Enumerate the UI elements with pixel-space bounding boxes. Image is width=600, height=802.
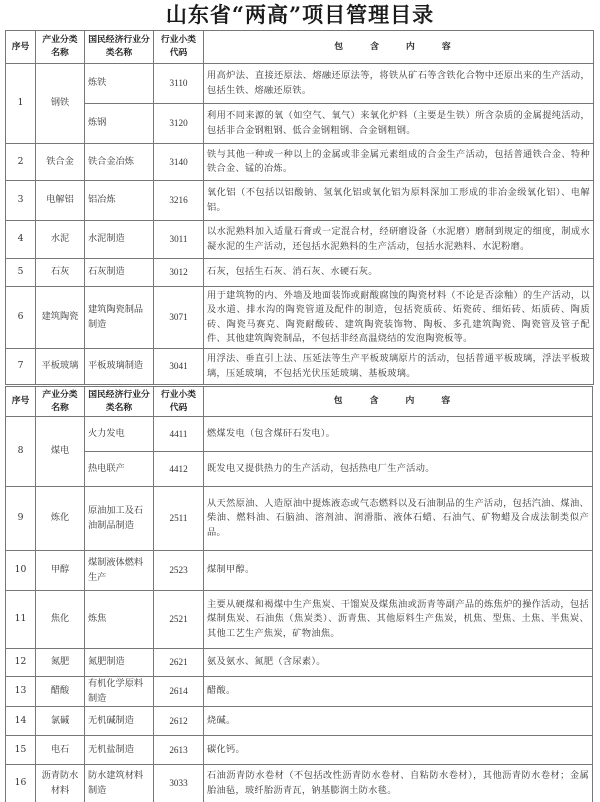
row-code: 4411 — [154, 417, 204, 452]
row-classification: 无机碱制造 — [85, 707, 154, 736]
row-content: 燃煤发电（包含煤矸石发电）。 — [204, 417, 593, 452]
header-national-classification: 国民经济行业分类名称 — [85, 31, 154, 64]
row-code: 2613 — [154, 736, 204, 765]
row-seq: 11 — [6, 591, 36, 649]
row-code: 3140 — [154, 144, 204, 181]
row-classification: 炼焦 — [85, 591, 154, 649]
header-national-classification: 国民经济行业分类名称 — [85, 387, 154, 417]
row-category: 水泥 — [36, 221, 85, 259]
table-row: 8 煤电 火力发电 4411 燃煤发电（包含煤矸石发电）。 — [6, 417, 593, 452]
row-category: 焦化 — [36, 591, 85, 649]
row-seq: 15 — [6, 736, 36, 765]
row-classification: 石灰制造 — [85, 259, 154, 287]
row-code: 2523 — [154, 551, 204, 591]
row-content: 铁与其他一种或一种以上的金属或非金属元素组成的合金生产活动，包括普通铁合金、特种… — [204, 144, 594, 181]
row-content: 用高炉法、直接还原法、熔融还原法等，将铁从矿石等含铁化合物中还原出来的生产活动，… — [204, 64, 594, 104]
row-classification: 防水建筑材料制造 — [85, 765, 154, 802]
row-classification: 氮肥制造 — [85, 649, 154, 677]
row-category: 氮肥 — [36, 649, 85, 677]
table-row: 1 钢铁 炼铁 3110 用高炉法、直接还原法、熔融还原法等，将铁从矿石等含铁化… — [6, 64, 594, 104]
row-seq: 2 — [6, 144, 36, 181]
table-row: 15 电石 无机盐制造 2613 碳化钙。 — [6, 736, 593, 765]
header-industry-code: 行业小类代码 — [154, 31, 204, 64]
row-seq: 9 — [6, 487, 36, 551]
row-classification: 平板玻璃制造 — [85, 349, 154, 385]
row-content: 利用不同来源的氧（如空气、氧气）来氧化炉料（主要是生铁）所含杂质的金属提纯活动，… — [204, 104, 594, 144]
row-content: 石灰，包括生石灰、消石灰、水硬石灰。 — [204, 259, 594, 287]
row-code: 4412 — [154, 452, 204, 487]
row-classification: 铁合金冶炼 — [85, 144, 154, 181]
row-classification: 建筑陶瓷制品制造 — [85, 287, 154, 349]
table-row: 3 电解铝 铝冶炼 3216 氧化铝（不包括以铝酸钠、氢氧化铝或氧化铝为原料深加… — [6, 181, 594, 221]
row-classification: 炼铁 — [85, 64, 154, 104]
row-seq: 10 — [6, 551, 36, 591]
header-industry-category: 产业分类名称 — [36, 31, 85, 64]
row-content: 碳化钙。 — [204, 736, 593, 765]
table-row: 7 平板玻璃 平板玻璃制造 3041 用浮法、垂直引上法、压延法等生产平板玻璃原… — [6, 349, 594, 385]
document-title: 山东省“两高”项目管理目录 — [0, 2, 600, 28]
row-code: 3071 — [154, 287, 204, 349]
row-seq: 6 — [6, 287, 36, 349]
row-content: 氨及氨水、氮肥（含尿素）。 — [204, 649, 593, 677]
header-seq: 序号 — [6, 31, 36, 64]
row-content: 以水泥熟料加入适量石膏或一定混合材，经研磨设备（水泥磨）磨制到规定的细度，制成水… — [204, 221, 594, 259]
header-industry-code: 行业小类代码 — [154, 387, 204, 417]
table-row: 14 氯碱 无机碱制造 2612 烧碱。 — [6, 707, 593, 736]
row-category: 醋酸 — [36, 677, 85, 707]
row-category: 铁合金 — [36, 144, 85, 181]
row-classification: 炼钢 — [85, 104, 154, 144]
row-code: 3120 — [154, 104, 204, 144]
row-classification: 原油加工及石油制品制造 — [85, 487, 154, 551]
table-row: 2 铁合金 铁合金冶炼 3140 铁与其他一种或一种以上的金属或非金属元素组成的… — [6, 144, 594, 181]
table-row: 6 建筑陶瓷 建筑陶瓷制品制造 3071 用于建筑物的内、外墙及地面装饰或耐酸腐… — [6, 287, 594, 349]
row-content: 用浮法、垂直引上法、压延法等生产平板玻璃原片的活动，包括普通平板玻璃，浮法平板玻… — [204, 349, 594, 385]
row-code: 2621 — [154, 649, 204, 677]
header-seq: 序号 — [6, 387, 36, 417]
header-industry-category: 产业分类名称 — [36, 387, 85, 417]
row-classification: 铝冶炼 — [85, 181, 154, 221]
row-seq: 7 — [6, 349, 36, 385]
row-code: 3011 — [154, 221, 204, 259]
row-content: 用于建筑物的内、外墙及地面装饰或耐酸腐蚀的陶瓷材料（不论是否涂釉）的生产活动，以… — [204, 287, 594, 349]
row-category: 钢铁 — [36, 64, 85, 144]
directory-table-part-2: 序号 产业分类名称 国民经济行业分类名称 行业小类代码 包 含 内 容 8 煤电… — [5, 386, 593, 802]
table-header-row: 序号 产业分类名称 国民经济行业分类名称 行业小类代码 包 含 内 容 — [6, 387, 593, 417]
table-row: 4 水泥 水泥制造 3011 以水泥熟料加入适量石膏或一定混合材，经研磨设备（水… — [6, 221, 594, 259]
row-seq: 16 — [6, 765, 36, 802]
table-row: 5 石灰 石灰制造 3012 石灰，包括生石灰、消石灰、水硬石灰。 — [6, 259, 594, 287]
header-content: 包 含 内 容 — [204, 387, 593, 417]
row-seq: 4 — [6, 221, 36, 259]
row-category: 煤电 — [36, 417, 85, 487]
row-category: 建筑陶瓷 — [36, 287, 85, 349]
row-classification: 有机化学原料制造 — [85, 677, 154, 707]
row-code: 2521 — [154, 591, 204, 649]
row-classification: 煤制液体燃料生产 — [85, 551, 154, 591]
row-category: 电石 — [36, 736, 85, 765]
row-content: 从天然原油、人造原油中提炼液态或气态燃料以及石油制品的生产活动，包括汽油、煤油、… — [204, 487, 593, 551]
row-content: 氧化铝（不包括以铝酸钠、氢氧化铝或氧化铝为原料深加工形成的非冶金级氧化铝）、电解… — [204, 181, 594, 221]
row-classification: 水泥制造 — [85, 221, 154, 259]
row-code: 3033 — [154, 765, 204, 802]
table-row: 炼钢 3120 利用不同来源的氧（如空气、氧气）来氧化炉料（主要是生铁）所含杂质… — [6, 104, 594, 144]
row-category: 沥青防水材料 — [36, 765, 85, 802]
row-seq: 13 — [6, 677, 36, 707]
table-row: 13 醋酸 有机化学原料制造 2614 醋酸。 — [6, 677, 593, 707]
row-code: 2511 — [154, 487, 204, 551]
row-seq: 12 — [6, 649, 36, 677]
row-code: 2614 — [154, 677, 204, 707]
row-seq: 14 — [6, 707, 36, 736]
row-category: 甲醇 — [36, 551, 85, 591]
row-category: 平板玻璃 — [36, 349, 85, 385]
table-row: 10 甲醇 煤制液体燃料生产 2523 煤制甲醇。 — [6, 551, 593, 591]
row-content: 石油沥青防水卷材（不包括改性沥青防水卷材、自粘防水卷材），其他沥青防水卷材；金属… — [204, 765, 593, 802]
directory-table-part-1: 序号 产业分类名称 国民经济行业分类名称 行业小类代码 包 含 内 容 1 钢铁… — [5, 30, 594, 385]
row-seq: 8 — [6, 417, 36, 487]
row-seq: 1 — [6, 64, 36, 144]
table-row: 16 沥青防水材料 防水建筑材料制造 3033 石油沥青防水卷材（不包括改性沥青… — [6, 765, 593, 802]
row-category: 电解铝 — [36, 181, 85, 221]
row-category: 炼化 — [36, 487, 85, 551]
row-content: 烧碱。 — [204, 707, 593, 736]
row-content: 既发电又提供热力的生产活动，包括热电厂生产活动。 — [204, 452, 593, 487]
row-classification: 热电联产 — [85, 452, 154, 487]
row-code: 3110 — [154, 64, 204, 104]
row-content: 煤制甲醇。 — [204, 551, 593, 591]
row-category: 石灰 — [36, 259, 85, 287]
header-content: 包 含 内 容 — [204, 31, 594, 64]
row-classification: 无机盐制造 — [85, 736, 154, 765]
row-code: 3012 — [154, 259, 204, 287]
table-row: 9 炼化 原油加工及石油制品制造 2511 从天然原油、人造原油中提炼液态或气态… — [6, 487, 593, 551]
table-header-row: 序号 产业分类名称 国民经济行业分类名称 行业小类代码 包 含 内 容 — [6, 31, 594, 64]
row-code: 3216 — [154, 181, 204, 221]
table-row: 热电联产 4412 既发电又提供热力的生产活动，包括热电厂生产活动。 — [6, 452, 593, 487]
row-category: 氯碱 — [36, 707, 85, 736]
row-content: 醋酸。 — [204, 677, 593, 707]
table-row: 11 焦化 炼焦 2521 主要从硬煤和褐煤中生产焦炭、干馏炭及煤焦油或沥青等副… — [6, 591, 593, 649]
row-seq: 5 — [6, 259, 36, 287]
row-code: 2612 — [154, 707, 204, 736]
row-code: 3041 — [154, 349, 204, 385]
table-row: 12 氮肥 氮肥制造 2621 氨及氨水、氮肥（含尿素）。 — [6, 649, 593, 677]
row-seq: 3 — [6, 181, 36, 221]
row-content: 主要从硬煤和褐煤中生产焦炭、干馏炭及煤焦油或沥青等副产品的炼焦炉的操作活动，包括… — [204, 591, 593, 649]
row-classification: 火力发电 — [85, 417, 154, 452]
